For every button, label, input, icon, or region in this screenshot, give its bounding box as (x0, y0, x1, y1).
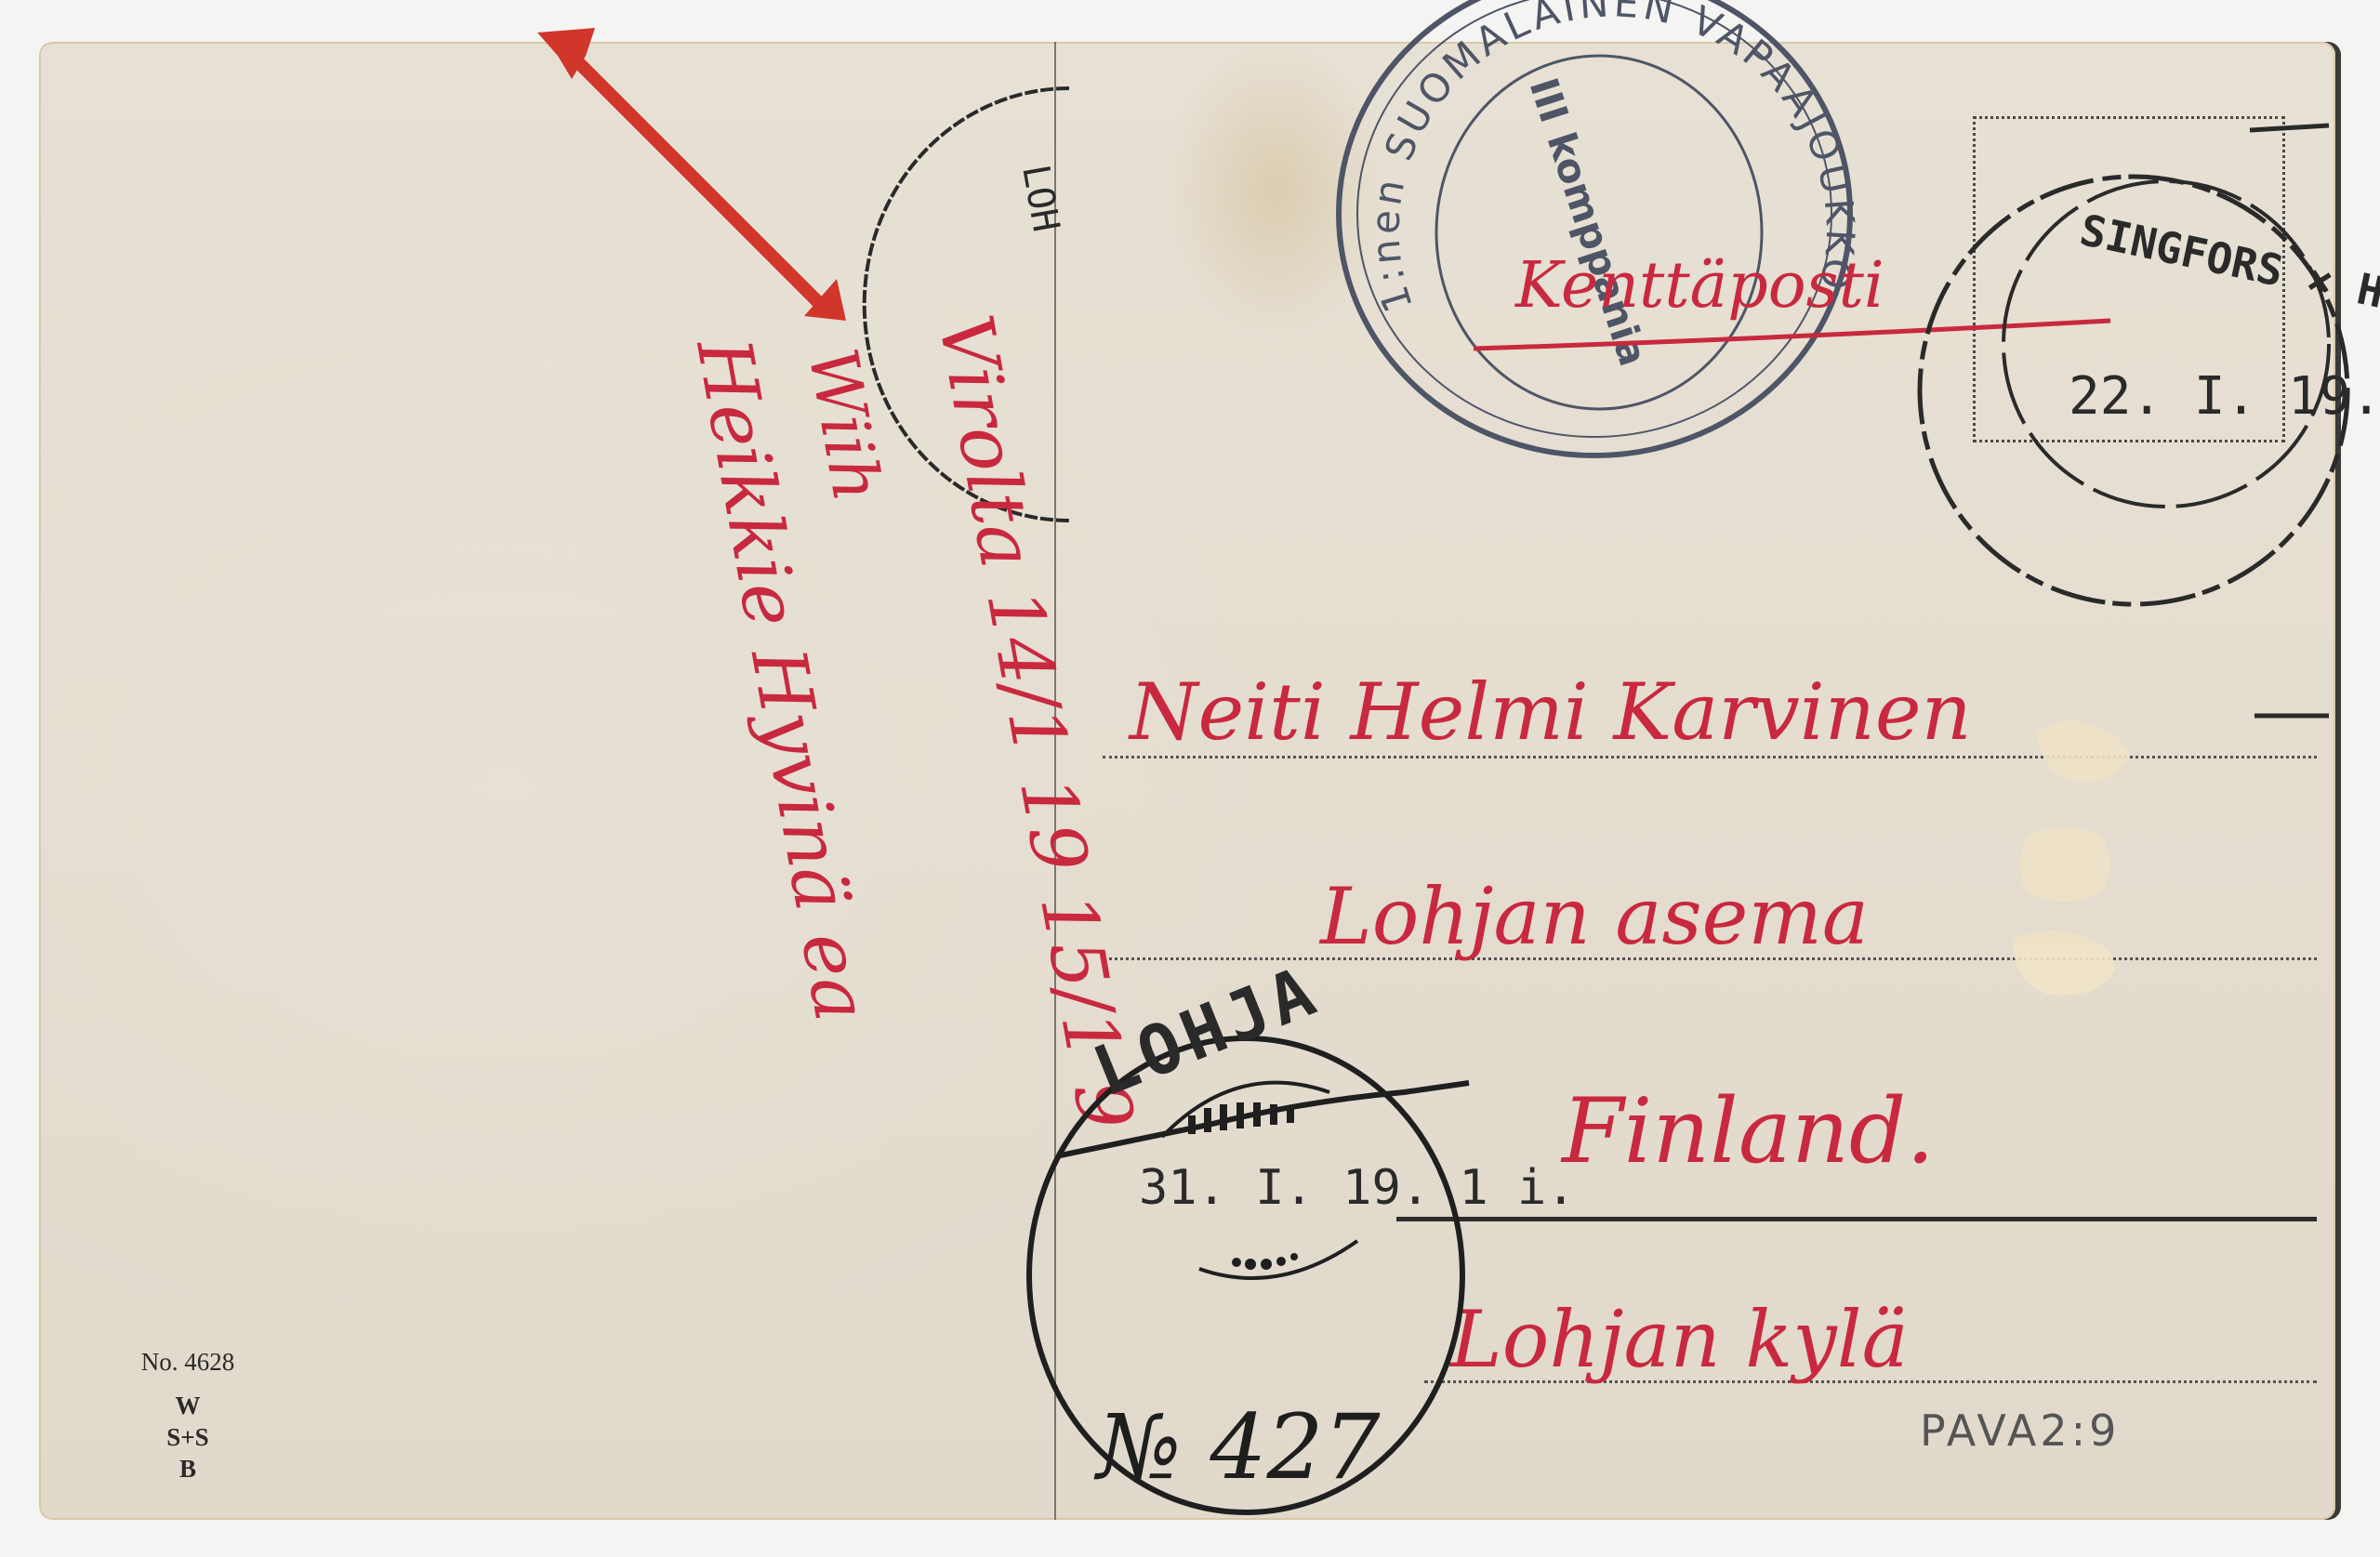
field-post-text: Kenttäposti (1514, 249, 1884, 323)
address-locality: Lohjan kylä (1448, 1294, 1909, 1385)
seal-inner-text: III komppania (1520, 73, 1656, 371)
helsinki-postmark-town: SINGFORS × HEL (2076, 205, 2380, 328)
field-post-note: Kenttäposti (1474, 249, 2110, 349)
helsinki-postmark-date: 22. I. 19. 5 e (2069, 366, 2380, 427)
paper-damage (2013, 720, 2129, 996)
archive-mark: PAVA2:9 (1920, 1405, 2120, 1456)
address-country: Finland. (1560, 1079, 1935, 1183)
address-recipient: Neiti Helmi Karvinen (1128, 666, 1972, 758)
handwritten-message: Virolta 14/1 19 15/1 9 Heikkie Hyvinä ea… (680, 309, 1150, 1136)
red-arrow-icon (537, 28, 846, 321)
partial-postmark-text: LOH (1013, 162, 1067, 235)
lohja-postmark-date: 31. I. 19. 1 i. (1139, 1160, 1576, 1216)
message-line-3: Wiih (793, 342, 896, 507)
postmark-helsinki: SINGFORS × HEL 22. I. 19. 5 e (1920, 125, 2380, 716)
address-street: Lohjan asema (1318, 871, 1869, 962)
registration-number: № 427 (1093, 1395, 1381, 1499)
message-line-1: Virolta 14/1 19 15/1 9 (921, 309, 1150, 1136)
unit-seal-stamp: 1:nen SUOMALAINEN VAPAAJOUKKO III komppa… (1339, 0, 1863, 455)
ink-overlay: LOH 1:nen SUOMALAINEN VAPAAJOUKKO III ko… (0, 0, 2380, 1557)
